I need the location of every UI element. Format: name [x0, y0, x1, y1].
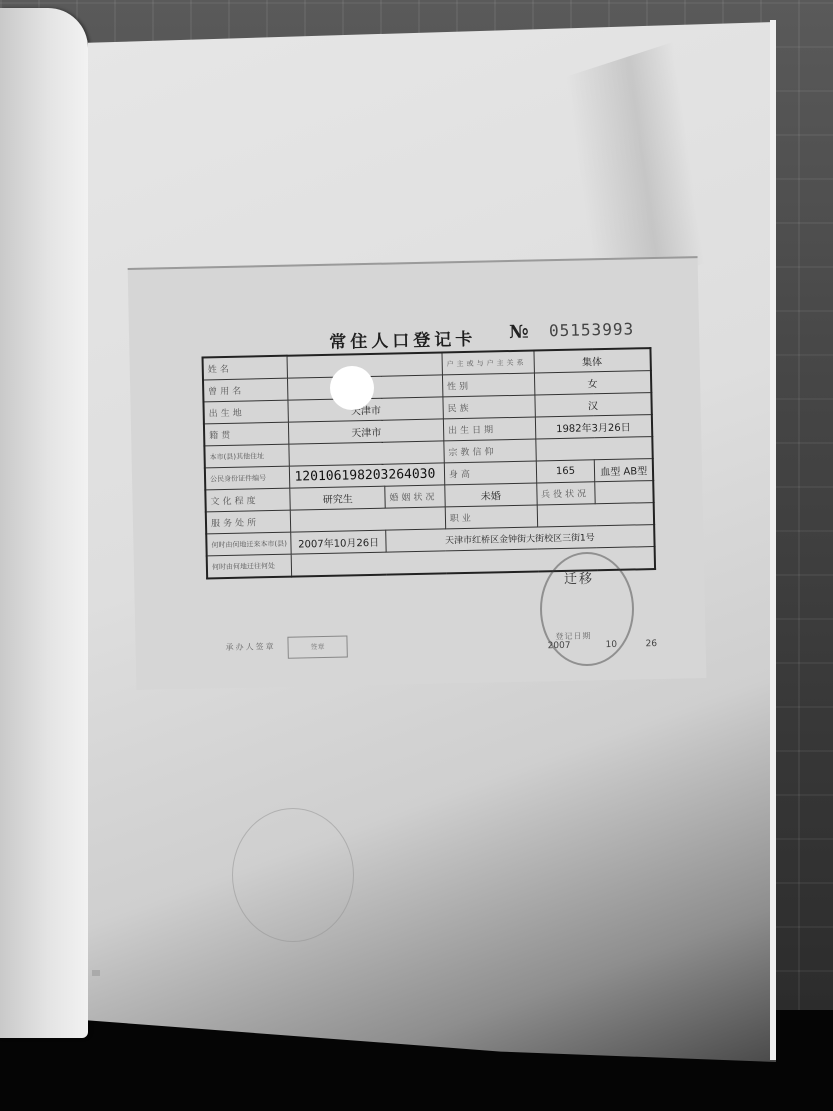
- label-other-address: 本市(县)其他住址: [204, 444, 289, 468]
- value-birth-date: 1982年3月26日: [535, 415, 652, 439]
- label-name: 姓名: [203, 356, 288, 380]
- label-gender: 性别: [442, 373, 534, 397]
- registration-day: 26: [646, 639, 658, 649]
- label-native-place: 籍贯: [204, 422, 289, 446]
- blood-type-value: AB型: [623, 466, 647, 477]
- label-marital: 婚姻状况: [385, 485, 445, 508]
- label-relation: 户主或与户主关系: [442, 351, 534, 375]
- value-military: [595, 481, 654, 504]
- label-religion: 宗教信仰: [444, 439, 536, 463]
- left-book-page: [0, 8, 88, 1038]
- page-mark: [92, 970, 100, 976]
- value-id-number: 120106198203264030: [290, 463, 445, 488]
- seal-text: 迁移: [564, 568, 594, 587]
- value-workplace: [291, 507, 446, 532]
- value-religion: [535, 437, 652, 461]
- value-blood-type: 血型 AB型: [595, 459, 654, 482]
- label-id-number: 公民身份证件编号: [205, 466, 290, 490]
- value-moved-in-date: 2007年10月26日: [291, 530, 386, 554]
- label-birth-date: 出生日期: [443, 417, 535, 441]
- official-seal: 迁移: [540, 552, 634, 666]
- card-title: 常住人口登记卡: [329, 325, 476, 353]
- label-former-name: 曾用名: [203, 378, 288, 402]
- redaction-circle: [330, 366, 374, 410]
- value-marital: 未婚: [445, 483, 537, 507]
- value-education: 研究生: [290, 486, 385, 510]
- card-number: 05153993: [549, 319, 634, 340]
- registration-form-table: 姓名 户主或与户主关系 集体 曾用名 性别 女 出生地 天津市 民族 汉 籍贯 …: [202, 347, 657, 579]
- value-other-address: [289, 441, 444, 466]
- label-height: 身高: [444, 461, 536, 485]
- embossed-seal: [232, 808, 354, 942]
- registrar-stamp: 签章: [287, 635, 347, 658]
- page-edge: [770, 20, 776, 1060]
- value-native-place: 天津市: [289, 419, 444, 444]
- value-ethnicity: 汉: [535, 393, 652, 417]
- registrar-label: 承办人签章: [225, 641, 275, 653]
- value-gender: 女: [534, 371, 651, 395]
- label-education: 文化程度: [205, 488, 290, 512]
- card-number-label: №: [509, 322, 529, 343]
- label-ethnicity: 民族: [443, 395, 535, 419]
- value-relation: 集体: [534, 348, 651, 373]
- value-height: 165: [536, 460, 595, 483]
- label-workplace: 服务处所: [206, 510, 291, 534]
- label-military: 兵役状况: [536, 482, 595, 505]
- label-blood-type: 血型: [600, 467, 620, 478]
- label-occupation: 职业: [445, 505, 537, 529]
- label-moved-out: 何时由何地迁往何处: [207, 554, 292, 578]
- label-birthplace: 出生地: [203, 400, 288, 424]
- label-moved-in: 何时由何地迁来本市(县): [206, 532, 291, 556]
- value-occupation: [537, 503, 654, 527]
